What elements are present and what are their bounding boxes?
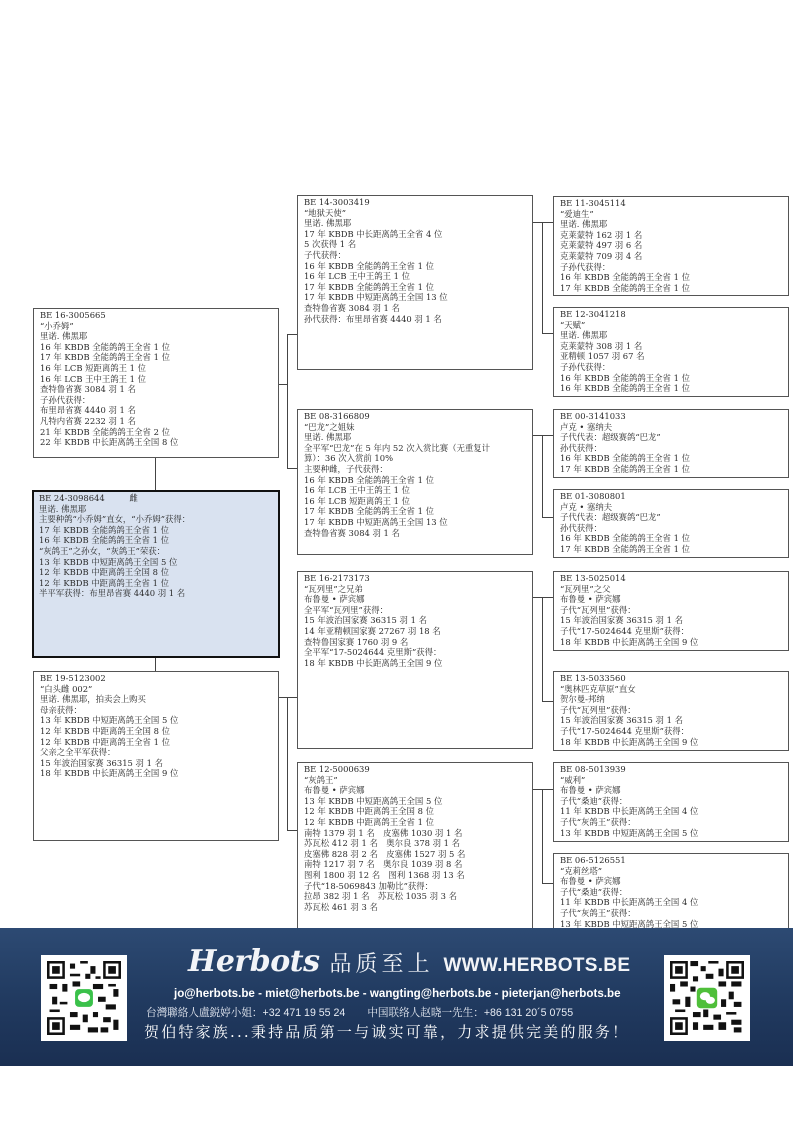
achievement: 13 年 KBDB 中短距离鸽王全国 5 位 xyxy=(40,715,273,726)
achievement: 全平军“瓦列里”获得： xyxy=(304,605,527,616)
ring-number: BE 08-3166809 xyxy=(304,411,527,422)
achievement: 15 年波治国家赛 36315 羽 1 名 xyxy=(40,758,273,769)
great-grandparent-card-5: BE 13-5025014 “瓦列里”之父 布鲁曼 • 萨宾娜 子代“瓦列里”获… xyxy=(553,571,789,651)
achievement: 5 次获得 1 名 xyxy=(304,239,527,250)
achievement: 11 年 KBDB 中长距离鸽王全国 4 位 xyxy=(560,897,783,908)
footer-banner: Herbots 品质至上 WWW.HERBOTS.BE jo@herbots.b… xyxy=(0,928,793,1066)
achievement: 17 年 KBDB 中短距离鸽王全国 13 位 xyxy=(304,292,527,303)
connector xyxy=(542,597,543,701)
connector xyxy=(542,435,553,436)
achievement: 12 年 KBDB 中距离鸽王全国 8 位 xyxy=(40,726,273,737)
connector xyxy=(279,697,287,698)
achievement: 南特 1217 羽 7 名 奥尔良 1039 羽 8 名 xyxy=(304,859,527,870)
connector xyxy=(287,334,288,468)
pigeon-name: “瓦列里”之父 xyxy=(560,584,783,595)
brand-slogan: 品质至上 xyxy=(329,947,433,978)
contact-taiwan: 台灣聯絡人盧鋭婷小姐：+32 471 19 55 24 xyxy=(146,1005,345,1020)
connector xyxy=(287,697,288,830)
subject-card: BE 24-3098644 雌 里诺. 佛黑耶 主要种鸽“小乔姆”直女，“小乔姆… xyxy=(32,490,280,658)
connector xyxy=(155,657,156,672)
connector xyxy=(542,222,553,223)
achievement: 16 年 KBDB 全能鸽鸽王全省 1 位 xyxy=(560,453,783,464)
breeder: 卢克 • 塞纳夫 xyxy=(560,502,783,513)
brand-header: Herbots 品质至上 WWW.HERBOTS.BE xyxy=(188,944,630,984)
achievement: 主要种雌，子代获得： xyxy=(304,464,527,475)
breeder: 布鲁曼 • 萨宾娜 xyxy=(304,594,527,605)
achievement: 子代“瓦列里”获得： xyxy=(560,705,783,716)
achievement: 克莱蒙特 162 羽 1 名 xyxy=(560,230,783,241)
ring-number: BE 12-5000639 xyxy=(304,764,527,775)
achievement: 16 年 KBDB 全能鸽鸽王全省 1 位 xyxy=(560,272,783,283)
connector xyxy=(287,697,297,698)
great-grandparent-card-8: BE 06-5126551 “克莉丝塔” 布鲁曼 • 萨宾娜 子代“桑迪”获得：… xyxy=(553,853,789,938)
achievement: 16 年 KBDB 全能鸽鸽王全省 1 位 xyxy=(39,535,273,546)
achievement: 12 年 KBDB 中距离鸽王全国 8 位 xyxy=(39,567,273,578)
achievement: 子代“17-5024644 克里斯”获得： xyxy=(560,626,783,637)
achievement: 查特鲁国家赛 1760 羽 9 名 xyxy=(304,637,527,648)
achievement: 子孙代获得： xyxy=(560,362,783,373)
breeder: 卢克 • 塞纳夫 xyxy=(560,422,783,433)
achievement: 16 年 KBDB 全能鸽鸽王全省 1 位 xyxy=(560,373,783,384)
ring-number: BE 16-2173173 xyxy=(304,573,527,584)
breeder: 布鲁曼 • 萨宾娜 xyxy=(560,876,783,887)
connector xyxy=(542,333,553,334)
achievement: 子代“瓦列里”获得： xyxy=(560,605,783,616)
connector xyxy=(533,222,542,223)
grandparent-card-4: BE 12-5000639 “灰鸽王” 布鲁曼 • 萨宾娜 13 年 KBDB … xyxy=(297,762,533,940)
breeder: 里诺. 佛黑耶 xyxy=(560,219,783,230)
connector xyxy=(542,789,553,790)
breeder: 里诺. 佛黑耶 xyxy=(304,432,527,443)
qr-code-wechat[interactable] xyxy=(664,955,750,1041)
achievement: 17 年 KBDB 全能鸽鸽王全省 1 位 xyxy=(304,506,527,517)
achievement: 16 年 LCB 王中王鸽王 1 位 xyxy=(304,271,527,282)
achievement: 孙代获得： xyxy=(560,443,783,454)
connector xyxy=(542,435,543,517)
great-grandparent-card-7: BE 08-5013939 “威利” 布鲁曼 • 萨宾娜 子代“桑迪”获得： 1… xyxy=(553,762,789,842)
achievement: 子代“灰鸽王”获得： xyxy=(560,908,783,919)
connector xyxy=(542,883,553,884)
achievement: 子孙代获得： xyxy=(560,262,783,273)
connector xyxy=(287,830,297,831)
breeder: 里诺. 佛黑耶 xyxy=(39,504,273,515)
subject-header: BE 24-3098644 雌 xyxy=(39,493,273,504)
connector xyxy=(542,789,543,883)
achievement: 凡特内省赛 2232 羽 1 名 xyxy=(40,416,273,427)
grandparent-card-3: BE 16-2173173 “瓦列里”之兄弟 布鲁曼 • 萨宾娜 全平军“瓦列里… xyxy=(297,571,533,749)
achievement: 算）：36 次入赏前 10% xyxy=(304,453,527,464)
email-contacts[interactable]: jo@herbots.be - miet@herbots.be - wangti… xyxy=(174,987,621,1000)
ring-number: BE 00-3141033 xyxy=(560,411,783,422)
qr-code-icon xyxy=(47,961,121,1035)
breeder: 布鲁曼 • 萨宾娜 xyxy=(304,785,527,796)
achievement: 18 年 KBDB 中长距离鸽王全国 9 位 xyxy=(560,637,783,648)
dam-card: BE 19-5123002 “白头雌 002” 里诺. 佛黑耶，拍卖会上购买 母… xyxy=(33,671,279,841)
achievement: 17 年 KBDB 中短距离鸽王全国 13 位 xyxy=(304,517,527,528)
ring-number: BE 14-3003419 xyxy=(304,197,527,208)
contact-china: 中国联络人赵晓一先生：+86 131 20´5 0755 xyxy=(367,1005,573,1020)
achievement: 17 年 KBDB 全能鸽鸽王全省 1 位 xyxy=(39,525,273,536)
breeder: 里诺. 佛黑耶 xyxy=(560,330,783,341)
achievement: 16 年 KBDB 全能鸽鸽王全省 1 位 xyxy=(560,533,783,544)
breeder: 里诺. 佛黑耶 xyxy=(304,218,527,229)
achievement: 12 年 KBDB 中距离鸽王全省 1 位 xyxy=(40,737,273,748)
great-grandparent-card-4: BE 01-3080801 卢克 • 塞纳夫 子代代表：超级赛鸽“巴龙” 孙代获… xyxy=(553,489,789,558)
achievement: 15 年波治国家赛 36315 羽 1 名 xyxy=(560,615,783,626)
pigeon-name: “奥林匹克草原”直女 xyxy=(560,684,783,695)
achievement: 皮塞佛 828 羽 2 名 皮塞佛 1527 羽 5 名 xyxy=(304,849,527,860)
ring-number: BE 06-5126551 xyxy=(560,855,783,866)
achievement: 18 年 KBDB 中长距离鸽王全国 9 位 xyxy=(304,658,527,669)
achievement: 16 年 KBDB 全能鸽鸽王全省 1 位 xyxy=(40,342,273,353)
achievement: 11 年 KBDB 中长距离鸽王全国 4 位 xyxy=(560,806,783,817)
herbots-logo: Herbots xyxy=(188,944,319,979)
achievement: 子代“灰鸽王”获得： xyxy=(560,817,783,828)
achievement: 查特鲁省赛 3084 羽 1 名 xyxy=(304,528,527,539)
ring-number: BE 13-5033560 xyxy=(560,673,783,684)
great-grandparent-card-1: BE 11-3045114 “爱迪生” 里诺. 佛黑耶 克莱蒙特 162 羽 1… xyxy=(553,196,789,296)
achievement: 18 年 KBDB 中长距离鸽王全国 9 位 xyxy=(560,737,783,748)
qr-code-line[interactable] xyxy=(41,955,127,1041)
achievement: 全平军“17-5024644 克里斯”获得： xyxy=(304,647,527,658)
achievement: 16 年 LCB 王中王鸽王 1 位 xyxy=(40,374,273,385)
website-link[interactable]: WWW.HERBOTS.BE xyxy=(444,955,631,977)
connector xyxy=(542,597,553,598)
achievement: 子代“18-5069843 加勒比”获得： xyxy=(304,881,527,892)
ring-number: BE 08-5013939 xyxy=(560,764,783,775)
great-grandparent-card-6: BE 13-5033560 “奥林匹克草原”直女 贺尔曼-邦纳 子代“瓦列里”获… xyxy=(553,671,789,751)
connector xyxy=(533,597,542,598)
grandparent-card-1: BE 14-3003419 “地狱天使” 里诺. 佛黑耶 17 年 KBDB 中… xyxy=(297,195,533,370)
achievement: 查特鲁省赛 3084 羽 1 名 xyxy=(40,384,273,395)
achievement: 12 年 KBDB 中距离鸽王全国 8 位 xyxy=(304,806,527,817)
achievement: 17 年 KBDB 全能鸽鸽王全省 1 位 xyxy=(40,352,273,363)
achievement: 子代“桑迪”获得： xyxy=(560,796,783,807)
company-motto: 贺伯特家族...秉持品质第一与诚实可靠，力求提供完美的服务！ xyxy=(144,1021,629,1042)
achievement: 15 年波治国家赛 36315 羽 1 名 xyxy=(560,715,783,726)
achievement: 13 年 KBDB 中短距离鸽王全国 5 位 xyxy=(39,557,273,568)
ring-number: BE 19-5123002 xyxy=(40,673,273,684)
achievement: “灰鸽王”之孙女，“灰鸽王”荣获： xyxy=(39,546,273,557)
achievement: 孙代获得：布里昂省赛 4440 羽 1 名 xyxy=(304,314,527,325)
achievement: 16 年 KBDB 全能鸽鸽王全省 1 位 xyxy=(304,261,527,272)
connector xyxy=(542,222,543,333)
achievement: 16 年 LCB 短距离鸽王 1 位 xyxy=(304,496,527,507)
achievement: 克莱蒙特 709 羽 4 名 xyxy=(560,251,783,262)
pigeon-name: “天赋” xyxy=(560,320,783,331)
great-grandparent-card-3: BE 00-3141033 卢克 • 塞纳夫 子代代表：超级赛鸽“巴龙” 孙代获… xyxy=(553,409,789,478)
sire-card: BE 16-3005665 “小乔姆” 里诺. 佛黑耶 16 年 KBDB 全能… xyxy=(33,308,279,458)
ring-number: BE 16-3005665 xyxy=(40,310,273,321)
achievement: 22 年 KBDB 中长距离鸽王全国 8 位 xyxy=(40,437,273,448)
qr-code-icon xyxy=(670,961,744,1035)
phone-contacts: 台灣聯絡人盧鋭婷小姐：+32 471 19 55 24 中国联络人赵晓一先生：+… xyxy=(146,1005,573,1020)
ring-number: BE 13-5025014 xyxy=(560,573,783,584)
achievement: 子代获得： xyxy=(304,250,527,261)
pigeon-name: “小乔姆” xyxy=(40,321,273,332)
achievement: 全平军“巴龙”在 5 年内 52 次入赏比赛（无重复计 xyxy=(304,443,527,454)
pigeon-name: “巴龙”之姐妹 xyxy=(304,422,527,433)
connector xyxy=(155,458,156,491)
achievement: 子代“17-5024644 克里斯”获得： xyxy=(560,726,783,737)
achievement: 子代代表：超级赛鸽“巴龙” xyxy=(560,512,783,523)
achievement: 子代“桑迪”获得： xyxy=(560,887,783,898)
ring-number: BE 01-3080801 xyxy=(560,491,783,502)
achievement: 子孙代获得： xyxy=(40,395,273,406)
breeder: 里诺. 佛黑耶 xyxy=(40,331,273,342)
breeder: 布鲁曼 • 萨宾娜 xyxy=(560,785,783,796)
achievement: 半平军获得：布里昂省赛 4440 羽 1 名 xyxy=(39,588,273,599)
achievement: 17 年 KBDB 全能鸽鸽王全省 1 位 xyxy=(560,464,783,475)
achievement: 布里昂省赛 4440 羽 1 名 xyxy=(40,405,273,416)
achievement: 17 年 KBDB 全能鸽鸽王全省 1 位 xyxy=(560,283,783,294)
achievement: 拉昂 382 羽 1 名 苏瓦松 1035 羽 3 名 xyxy=(304,891,527,902)
breeder: 里诺. 佛黑耶，拍卖会上购买 xyxy=(40,694,273,705)
achievement: 18 年 KBDB 中长距离鸽王全国 9 位 xyxy=(40,768,273,779)
achievement: 母亲获得： xyxy=(40,705,273,716)
achievement: 苏瓦松 461 羽 3 名 xyxy=(304,902,527,913)
connector xyxy=(542,701,553,702)
achievement: 12 年 KBDB 中距离鸽王全省 1 位 xyxy=(304,817,527,828)
breeder: 布鲁曼 • 萨宾娜 xyxy=(560,594,783,605)
achievement: 克莱蒙特 308 羽 1 名 xyxy=(560,341,783,352)
achievement: 16 年 LCB 王中王鸽王 1 位 xyxy=(304,485,527,496)
pigeon-name: “瓦列里”之兄弟 xyxy=(304,584,527,595)
pigeon-name: “威利” xyxy=(560,775,783,786)
ring-number: BE 11-3045114 xyxy=(560,198,783,209)
achievement: 17 年 KBDB 全能鸽鸽王全省 1 位 xyxy=(560,544,783,555)
achievement: 17 年 KBDB 中长距离鸽王全省 4 位 xyxy=(304,229,527,240)
achievement: 21 年 KBDB 全能鸽鸽王全省 2 位 xyxy=(40,427,273,438)
achievement: 17 年 KBDB 全能鸽鸽王全省 1 位 xyxy=(304,282,527,293)
connector xyxy=(287,334,297,335)
achievement: 14 年亚精顿国家赛 27267 羽 18 名 xyxy=(304,626,527,637)
connector xyxy=(279,384,287,385)
connector xyxy=(287,468,297,469)
achievement: 13 年 KBDB 中短距离鸽王全国 5 位 xyxy=(560,828,783,839)
achievement: 亚精顿 1057 羽 67 名 xyxy=(560,351,783,362)
achievement: 孙代获得： xyxy=(560,523,783,534)
achievement: 16 年 LCB 短距离鸽王 1 位 xyxy=(40,363,273,374)
achievement: 16 年 KBDB 全能鸽鸽王全省 1 位 xyxy=(304,475,527,486)
pigeon-name: “灰鸽王” xyxy=(304,775,527,786)
pigeon-name: “爱迪生” xyxy=(560,209,783,220)
pigeon-name: “克莉丝塔” xyxy=(560,866,783,877)
achievement: 12 年 KBDB 中距离鸽王全省 1 位 xyxy=(39,578,273,589)
grandparent-card-2: BE 08-3166809 “巴龙”之姐妹 里诺. 佛黑耶 全平军“巴龙”在 5… xyxy=(297,409,533,555)
achievement: 克莱蒙特 497 羽 6 名 xyxy=(560,240,783,251)
ring-number: BE 12-3041218 xyxy=(560,309,783,320)
breeder: 贺尔曼-邦纳 xyxy=(560,694,783,705)
connector xyxy=(542,517,553,518)
achievement: 15 年波治国家赛 36315 羽 1 名 xyxy=(304,615,527,626)
ring-number: BE 24-3098644 xyxy=(39,493,105,503)
achievement: 查特鲁省赛 3084 羽 1 名 xyxy=(304,303,527,314)
great-grandparent-card-2: BE 12-3041218 “天赋” 里诺. 佛黑耶 克莱蒙特 308 羽 1 … xyxy=(553,307,789,397)
achievement: 16 年 KBDB 全能鸽鸽王全省 1 位 xyxy=(560,383,783,394)
sex-label: 雌 xyxy=(129,493,137,503)
achievement: 南特 1379 羽 1 名 皮塞佛 1030 羽 1 名 xyxy=(304,828,527,839)
achievement: 父亲之全平军获得： xyxy=(40,747,273,758)
achievement: 主要种鸽“小乔姆”直女，“小乔姆”获得： xyxy=(39,514,273,525)
achievement: 子代代表：超级赛鸽“巴龙” xyxy=(560,432,783,443)
achievement: 13 年 KBDB 中短距离鸽王全国 5 位 xyxy=(304,796,527,807)
achievement: 苏瓦松 412 羽 1 名 奥尔良 378 羽 1 名 xyxy=(304,838,527,849)
pigeon-name: “地狱天使” xyxy=(304,208,527,219)
connector xyxy=(533,789,542,790)
connector xyxy=(533,435,542,436)
pigeon-name: “白头雌 002” xyxy=(40,684,273,695)
achievement: 图利 1800 羽 12 名 图利 1368 羽 13 名 xyxy=(304,870,527,881)
